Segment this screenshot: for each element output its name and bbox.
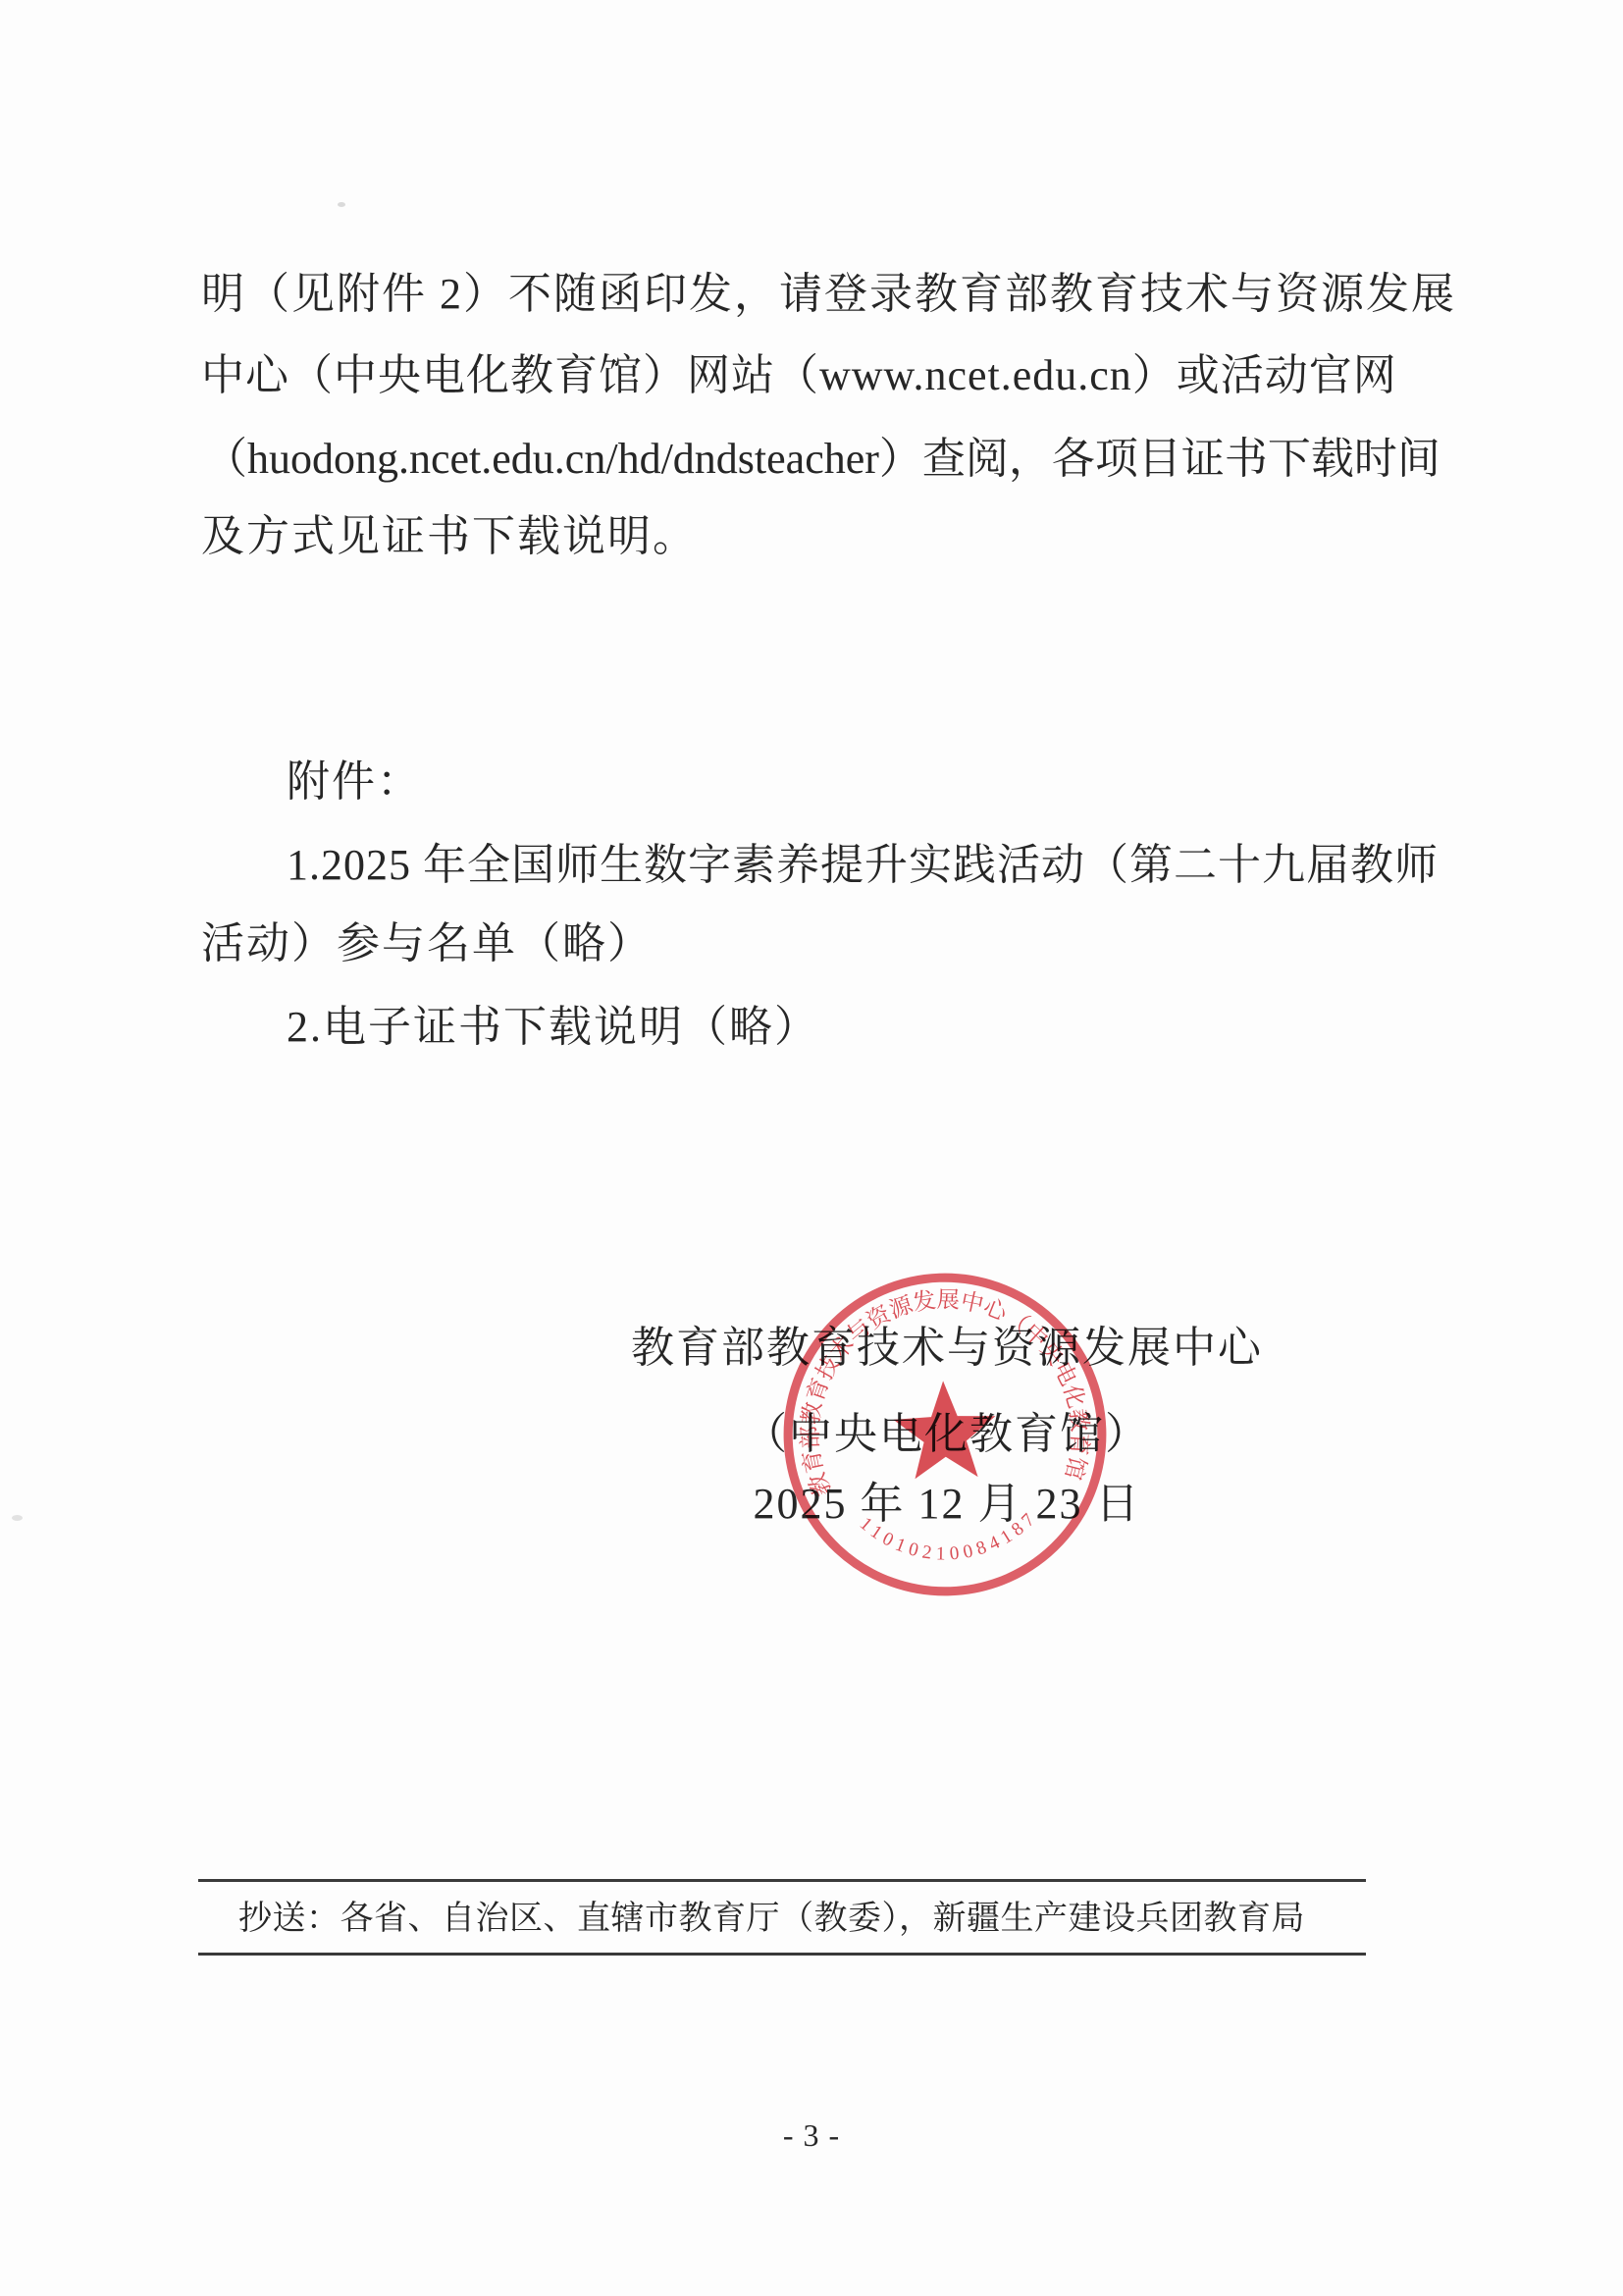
seal-code: 11010210084187: [855, 1506, 1043, 1568]
scan-speck: [12, 1515, 23, 1521]
body-line-3: （huodong.ncet.edu.cn/hd/dndsteacher）查阅，各…: [204, 438, 1440, 481]
attachment-item-2: 2.电子证书下载说明（略）: [287, 1006, 819, 1049]
scan-speck: [338, 202, 345, 207]
body-line-2: 中心（中央电化教育馆）网站（www.ncet.edu.cn）或活动官网: [201, 354, 1397, 397]
body-line-1: 明（见附件 2）不随函印发，请登录教育部教育技术与资源发展: [201, 273, 1456, 316]
page-number: - 3 -: [0, 2119, 1623, 2151]
body-line-4: 及方式见证书下载说明。: [201, 515, 698, 558]
document-page: 明（见附件 2）不随函印发，请登录教育部教育技术与资源发展 中心（中央电化教育馆…: [0, 0, 1623, 2296]
cc-rule-bottom: [198, 1953, 1366, 1956]
official-seal: 教育部教育技术与资源发展中心（中央电化教育馆） 11010210084187: [770, 1260, 1120, 1609]
seal-star-icon: [892, 1380, 997, 1480]
cc-rule-top: [198, 1879, 1366, 1882]
attachments-heading: 附件：: [287, 760, 422, 804]
attachment-item-1-continued: 活动）参与名单（略）: [201, 922, 653, 965]
attachment-item-1: 1.2025 年全国师生数字素养提升实践活动（第二十九届教师: [287, 844, 1439, 887]
cc-line: 抄送：各省、自治区、直辖市教育厅（教委），新疆生产建设兵团教育局: [238, 1903, 1305, 1936]
svg-text:11010210084187: 11010210084187: [855, 1506, 1043, 1568]
official-seal-graphic: 教育部教育技术与资源发展中心（中央电化教育馆） 11010210084187: [770, 1260, 1120, 1609]
